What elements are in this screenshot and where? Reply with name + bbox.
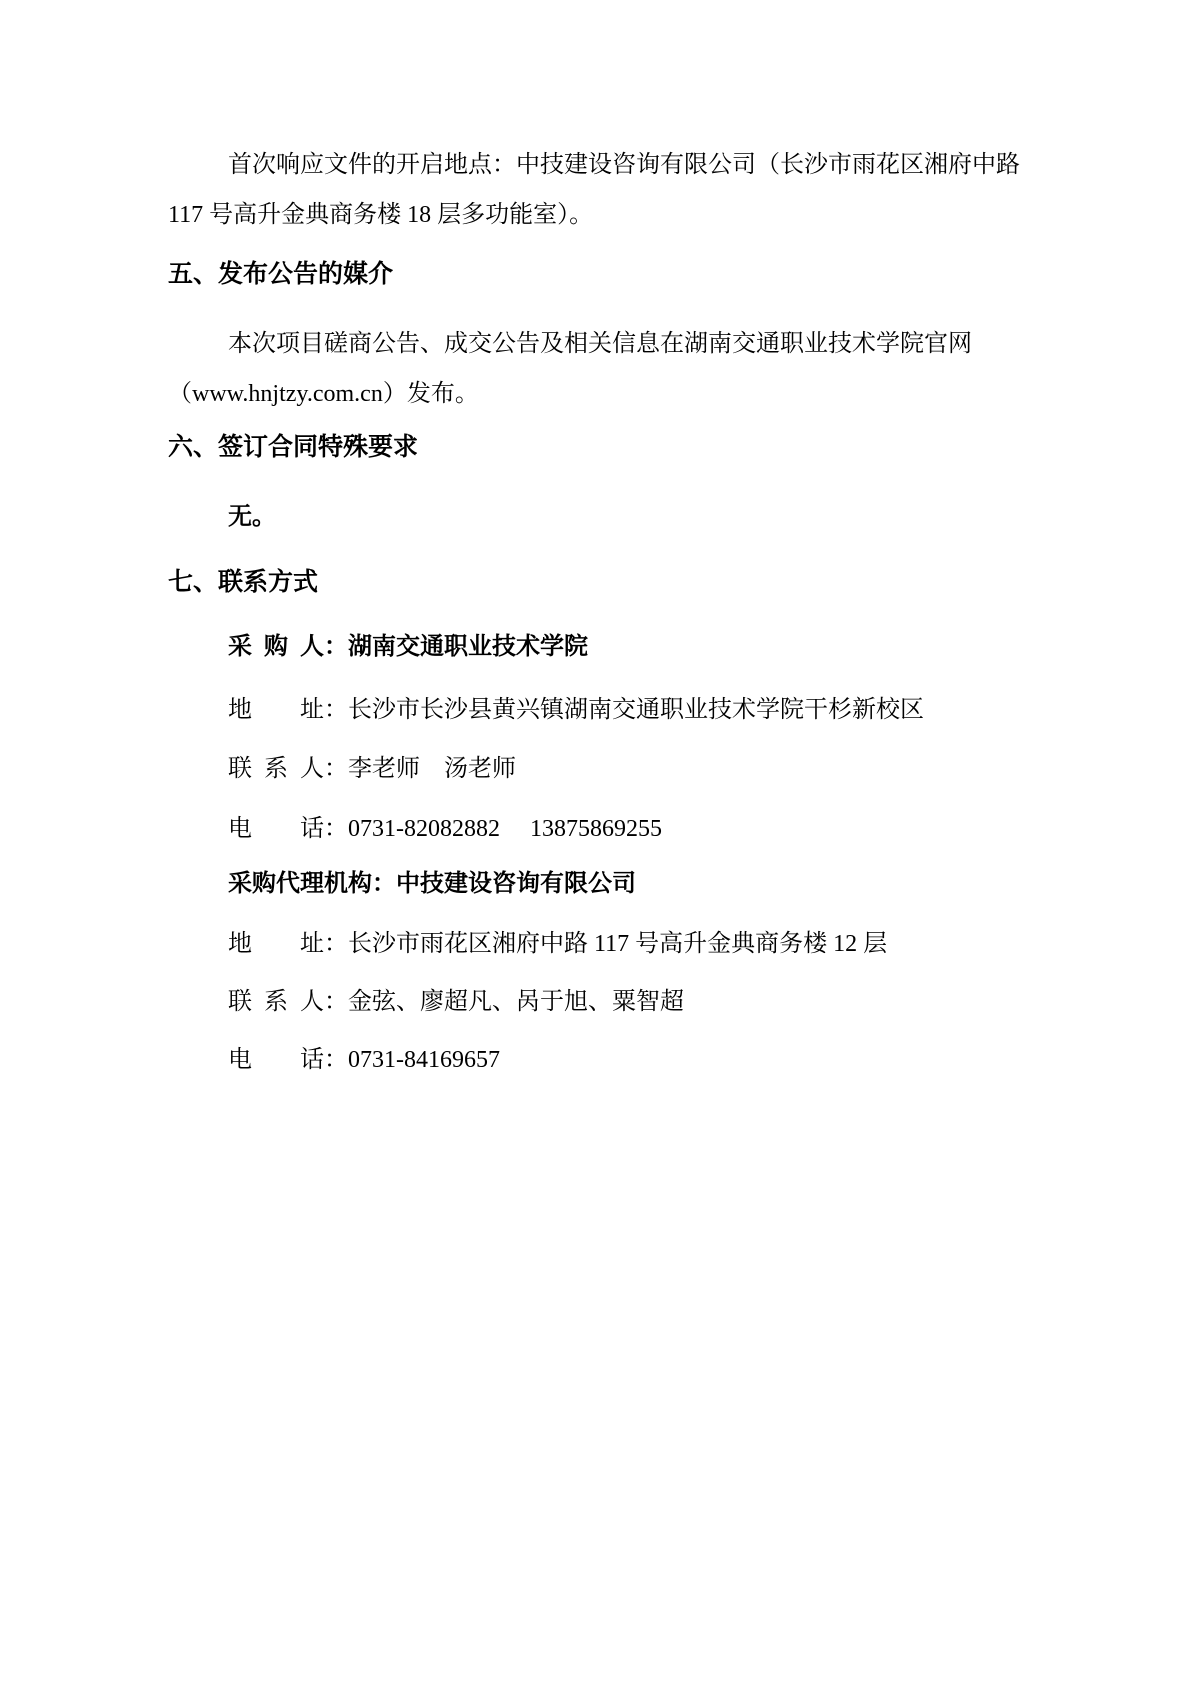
contact-colon: ：	[324, 931, 348, 957]
document-page: 首次响应文件的开启地点：中技建设咨询有限公司（长沙市雨花区湘府中路 117 号高…	[0, 0, 1191, 1684]
section-heading-contact: 七、联系方式	[168, 557, 1031, 607]
section-media-paragraph-line-2: （www.hnjtzy.com.cn）发布。	[168, 369, 1031, 419]
contact-value-agency-phone: 0731-84169657	[348, 1047, 500, 1073]
contact-label-address: 地址	[228, 685, 324, 735]
contact-label-phone: 电话	[228, 1035, 324, 1085]
contact-value-agency-person: 金弦、廖超凡、呙于旭、粟智超	[348, 989, 684, 1015]
contact-row-purchaser-name: 采购人：湖南交通职业技术学院	[168, 622, 1031, 672]
contact-colon: ：	[324, 633, 348, 660]
contact-row-purchaser-address: 地址：长沙市长沙县黄兴镇湖南交通职业技术学院干杉新校区	[168, 685, 1031, 735]
contact-row-agency-address: 地址：长沙市雨花区湘府中路 117 号高升金典商务楼 12 层	[168, 919, 1031, 969]
contact-label-person: 联系人	[228, 977, 324, 1027]
section-media-paragraph-line-1: 本次项目磋商公告、成交公告及相关信息在湖南交通职业技术学院官网	[168, 319, 1031, 369]
contact-colon: ：	[324, 697, 348, 723]
contact-colon: ：	[324, 989, 348, 1015]
contact-value-agency-address: 长沙市雨花区湘府中路 117 号高升金典商务楼 12 层	[348, 931, 887, 957]
contact-label-address: 地址	[228, 919, 324, 969]
contact-label-agency: 采购代理机构	[228, 870, 372, 897]
contact-row-agency-person: 联系人：金弦、廖超凡、呙于旭、粟智超	[168, 977, 1031, 1027]
contact-row-agency-phone: 电话：0731-84169657	[168, 1035, 1031, 1085]
contact-value-agency-name: 中技建设咨询有限公司	[396, 870, 636, 897]
contact-colon: ：	[324, 756, 348, 782]
contact-value-purchaser-phone: 0731-82082882 13875869255	[348, 816, 662, 842]
contact-colon: ：	[324, 1047, 348, 1073]
section-contract-requirements-content: 无。	[168, 492, 1031, 542]
paragraph-open-location-line-1: 首次响应文件的开启地点：中技建设咨询有限公司（长沙市雨花区湘府中路	[168, 140, 1031, 190]
paragraph-open-location-line-2: 117 号高升金典商务楼 18 层多功能室）。	[168, 190, 1031, 240]
contact-value-purchaser-address: 长沙市长沙县黄兴镇湖南交通职业技术学院干杉新校区	[348, 697, 924, 723]
contact-label-phone: 电话	[228, 804, 324, 854]
contact-label-purchaser: 采购人	[228, 622, 324, 672]
section-heading-media: 五、发布公告的媒介	[168, 249, 1031, 299]
contact-row-agency-name: 采购代理机构：中技建设咨询有限公司	[168, 859, 1031, 909]
contact-label-person: 联系人	[228, 744, 324, 794]
contact-row-purchaser-person: 联系人：李老师 汤老师	[168, 744, 1031, 794]
contact-value-purchaser-person: 李老师 汤老师	[348, 756, 516, 782]
contact-colon: ：	[324, 816, 348, 842]
contact-row-purchaser-phone: 电话：0731-82082882 13875869255	[168, 804, 1031, 854]
contact-value-purchaser-name: 湖南交通职业技术学院	[348, 633, 588, 660]
section-heading-contract-requirements: 六、签订合同特殊要求	[168, 422, 1031, 472]
contact-colon: ：	[372, 870, 396, 897]
